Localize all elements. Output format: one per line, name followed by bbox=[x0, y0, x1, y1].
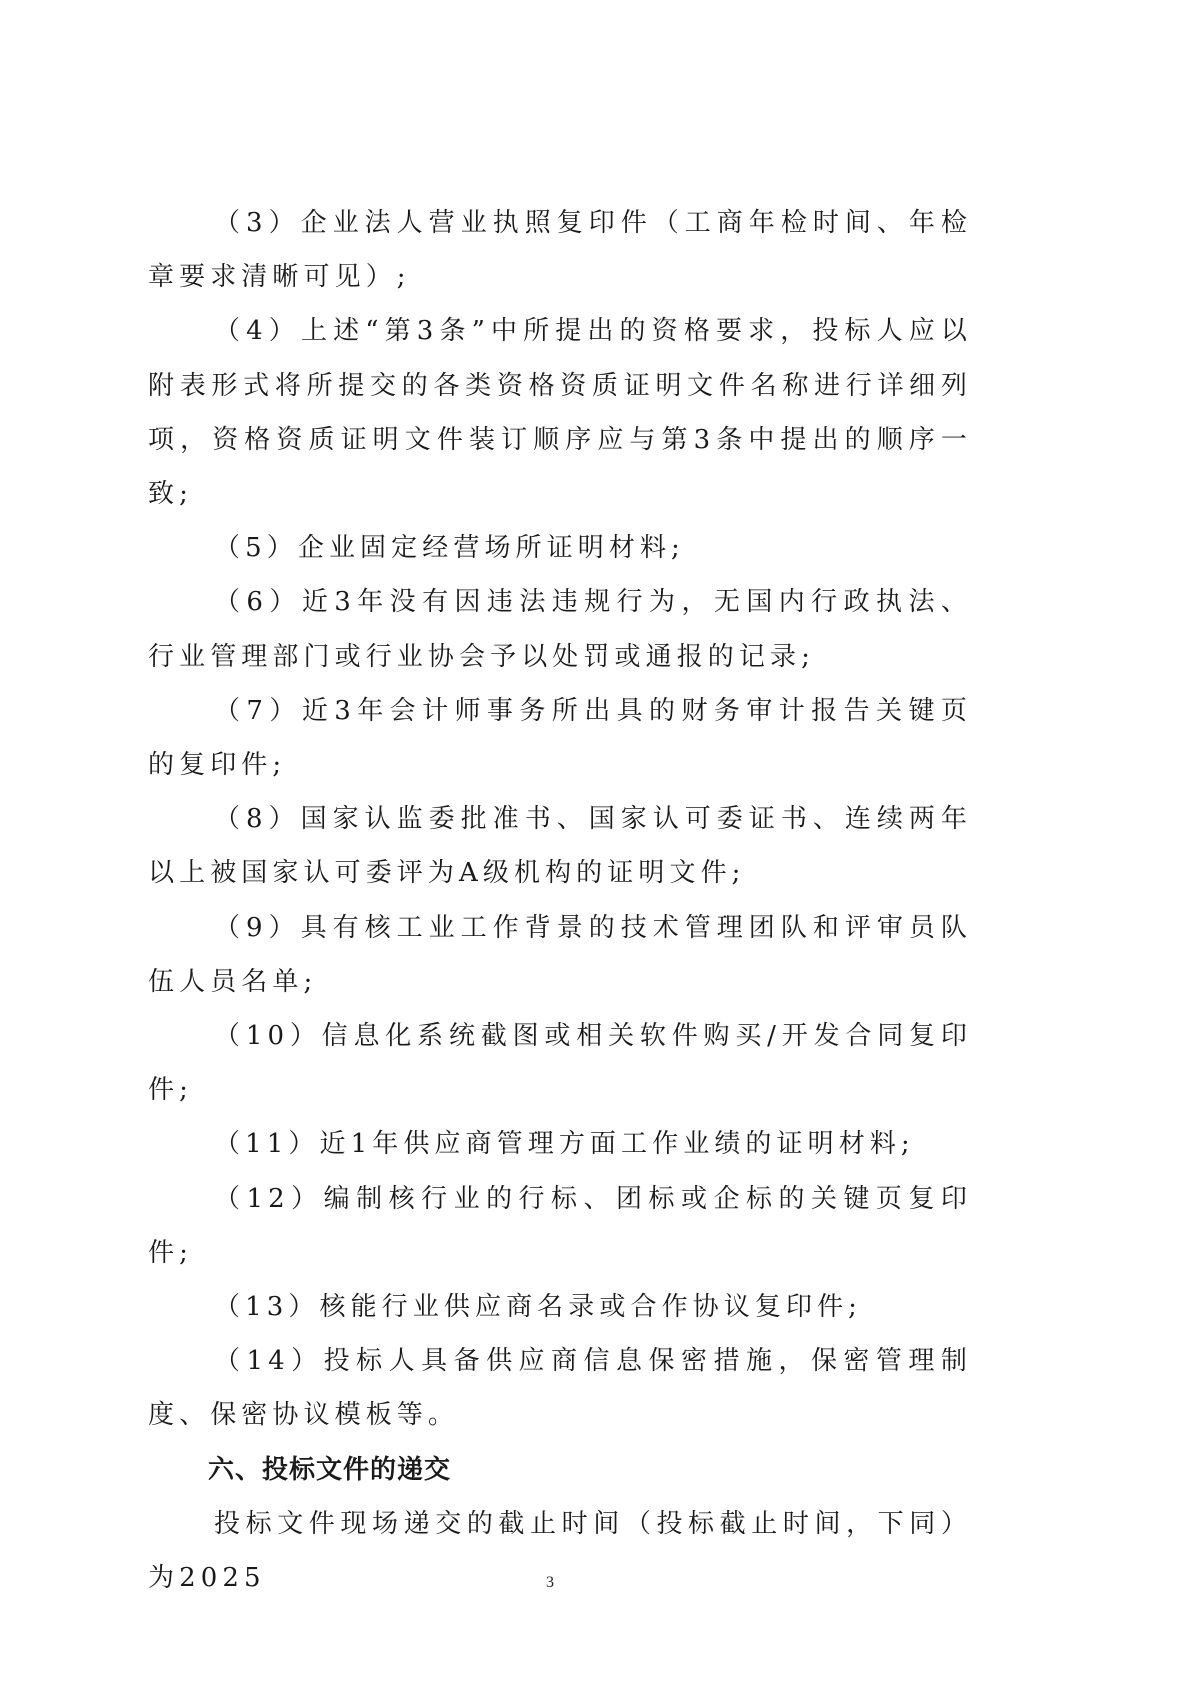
list-item-9: （9）具有核工业工作背景的技术管理团队和评审员队伍人员名单; bbox=[148, 901, 972, 1009]
list-item-8: （8）国家认监委批准书、国家认可委证书、连续两年以上被国家认可委评为A级机构的证… bbox=[148, 792, 972, 900]
list-item-6: （6）近3年没有因违法违规行为，无国内行政执法、行业管理部门或行业协会予以处罚或… bbox=[148, 575, 972, 683]
list-item-7: （7）近3年会计师事务所出具的财务审计报告关键页的复印件; bbox=[148, 684, 972, 792]
list-item-5: （5）企业固定经营场所证明材料; bbox=[148, 521, 972, 575]
list-item-10: （10）信息化系统截图或相关软件购买/开发合同复印件; bbox=[148, 1009, 972, 1117]
list-item-12: （12）编制核行业的行标、团标或企标的关键页复印件; bbox=[148, 1172, 972, 1280]
section-heading: 六、投标文件的递交 bbox=[148, 1443, 972, 1497]
list-item-14: （14）投标人具备供应商信息保密措施，保密管理制度、保密协议模板等。 bbox=[148, 1334, 972, 1442]
list-item-11: （11）近1年供应商管理方面工作业绩的证明材料; bbox=[148, 1117, 972, 1171]
list-item-13: （13）核能行业供应商名录或合作协议复印件; bbox=[148, 1280, 972, 1334]
list-item-3: （3）企业法人营业执照复印件（工商年检时间、年检章要求清晰可见）; bbox=[148, 196, 972, 304]
list-item-4: （4）上述“第3条”中所提出的资格要求，投标人应以附表形式将所提交的各类资格资质… bbox=[148, 304, 972, 521]
page-number: 3 bbox=[0, 1574, 1100, 1592]
document-body: （3）企业法人营业执照复印件（工商年检时间、年检章要求清晰可见）; （4）上述“… bbox=[148, 196, 972, 1605]
